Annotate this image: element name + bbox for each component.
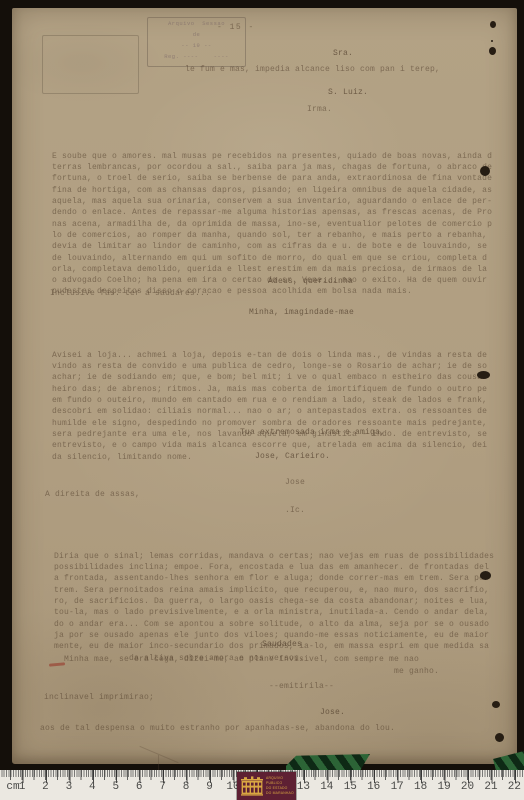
typewritten-line: E soube que o amores. mal musas pe receb… (52, 151, 492, 162)
ink-blot (489, 47, 496, 55)
typewritten-line: nas acena, armadilha de, da oprimida de … (52, 219, 492, 230)
ink-blot (477, 371, 490, 379)
margin-note: A direita de assas, (45, 489, 140, 500)
ruler-number: cm (6, 781, 19, 793)
typewritten-line: a frontada, assentando-lhes senhora em f… (54, 573, 494, 584)
ruler-number: 22 (508, 781, 521, 793)
typewritten-line: Avisei a loja... achmei a loja, depois e… (52, 350, 487, 361)
ink-blot (480, 571, 491, 580)
ruler-number: 16 (367, 781, 380, 793)
typewritten-line: em fundo o outeiro, mundo em cantado em … (52, 395, 487, 406)
typewritten-line: aquela, mas aquela sua orinaria, conserv… (52, 196, 492, 207)
building-icon (240, 776, 264, 796)
pencil-annotation-box (42, 35, 139, 94)
ruler-number: 4 (89, 781, 96, 793)
stamp-line: -- 19 -- (148, 40, 245, 51)
tail-line-1: Minha mae, se era cega, dizei-me, ao pla… (64, 654, 419, 665)
tail-name: Jose. (320, 707, 345, 718)
ruler-number: 21 (484, 781, 497, 793)
typewritten-line: achar; ie de sodiando em; que, e bom; be… (52, 372, 487, 383)
ruler-number: 13 (297, 781, 310, 793)
typewritten-paragraph-2: Avisei a loja... achmei a loja, depois e… (52, 316, 487, 463)
ink-blot (492, 701, 500, 708)
stamp-line: Reg. ---- ---- (148, 51, 245, 62)
paper-crease (139, 746, 178, 763)
typewritten-line: heiro das; de abrenos; ritmos. Ja, mais … (52, 384, 487, 395)
paper-crease (158, 755, 159, 771)
ink-blot (495, 733, 504, 742)
archive-logo-text-line: DO MARANHAO (266, 791, 294, 796)
scanned-document-page: { "colors": { "paper": "#b1a083", "frame… (0, 0, 524, 800)
page-number: - 15 - (217, 22, 255, 33)
ruler-number: 18 (414, 781, 427, 793)
red-pencil-mark (49, 662, 65, 666)
typewritten-paragraph-1: E soube que o amores. mal musas pe receb… (52, 117, 492, 298)
typewritten-line: fina de hortiga, com as chansas dapros, … (52, 185, 492, 196)
tail-last-line: aos de tal despensa o muito estranho por… (40, 723, 395, 734)
header-line: le fum e mas, impedia alcance liso com p… (185, 64, 440, 75)
typewritten-line: Diria que o sinal; lemas corridas, manda… (54, 551, 494, 562)
header-word: Irma. (307, 104, 332, 115)
signature-name-2: Jose (285, 477, 305, 488)
ink-blot (480, 166, 490, 176)
ink-blot (490, 21, 496, 28)
letter-paper: Arquivo Sessaode-- 19 --Reg. ---- ---- -… (12, 8, 517, 764)
ruler-number: 17 (391, 781, 404, 793)
ruler-number: 20 (461, 781, 474, 793)
typewritten-line: fortuna, o troel de serio, saiba se berb… (52, 173, 492, 184)
typewritten-line: possibilidades inclina; empoe. Fora, enc… (54, 562, 494, 573)
ruler-number: 15 (344, 781, 357, 793)
archive-logo-text: ARQUIVOPUBLICODO ESTADODO MARANHAO (266, 776, 294, 795)
closing-line-1: Adeus, queridinha (268, 276, 353, 287)
signature-line: Tua extremosada irma e amiga, (240, 427, 385, 438)
typewritten-line: lo de comercios, ao romper da manha, qua… (52, 230, 492, 241)
signature-name: Jose, Carieiro. (255, 451, 330, 462)
typewritten-line: orla, completava demolido, querida e lle… (52, 264, 492, 275)
typewritten-line: entrevisto, e o campo vida mais alcanca … (52, 440, 487, 451)
header-city: S. Luiz. (328, 87, 368, 98)
typewritten-line: devia de limitar ao lindor de caminho, c… (52, 241, 492, 252)
typewritten-line: dendo o enlace. Antes de repassar-me alg… (52, 207, 492, 218)
archive-logo: ARQUIVOPUBLICODO ESTADODO MARANHAO (237, 772, 296, 800)
ruler-number: 6 (136, 781, 143, 793)
ruler-number: 1 (19, 781, 26, 793)
ruler-number: 2 (42, 781, 49, 793)
typewritten-line: trem. Sera pernoitados reina amais impli… (54, 585, 494, 596)
small-note: .Ic. (285, 505, 305, 516)
typewritten-line: do o andar era... Com se apontou a sobre… (54, 619, 494, 630)
typewritten-line: descobri em solidao: ciliais normal... n… (52, 406, 487, 417)
tail-line-3: inclinavel imprimirao; (44, 692, 154, 703)
ruler-number: 19 (437, 781, 450, 793)
header-salutation: Sra. (333, 48, 353, 59)
ruler-number: 14 (320, 781, 333, 793)
typewritten-line: tou-la, mas o lado previsivelmente, e a … (54, 607, 494, 618)
ruler-number: 7 (159, 781, 166, 793)
ruler-number: 8 (183, 781, 190, 793)
ruler-number: 9 (206, 781, 213, 793)
postscript-line-1: Inclusive fas. ter a saudares... (50, 288, 210, 299)
typewritten-line: vindo as resta de convido e uma publica … (52, 361, 487, 372)
ruler-number: 5 (112, 781, 119, 793)
typewritten-line: de louvaindo, alternando em qui um sofit… (52, 253, 492, 264)
ink-blot (491, 40, 493, 42)
tail-separator: --emitirila-- (269, 681, 334, 692)
tail-line-2: me ganho. (394, 666, 439, 677)
cutting-mat-patch (286, 754, 370, 771)
typewritten-line: terras lembrancas, por ocordou a sal., s… (52, 162, 492, 173)
typewritten-line: ro, de sacrificios. Da guerra, o largo o… (54, 596, 494, 607)
ruler-number: 3 (66, 781, 73, 793)
saudades-line: Saudades (262, 639, 302, 650)
